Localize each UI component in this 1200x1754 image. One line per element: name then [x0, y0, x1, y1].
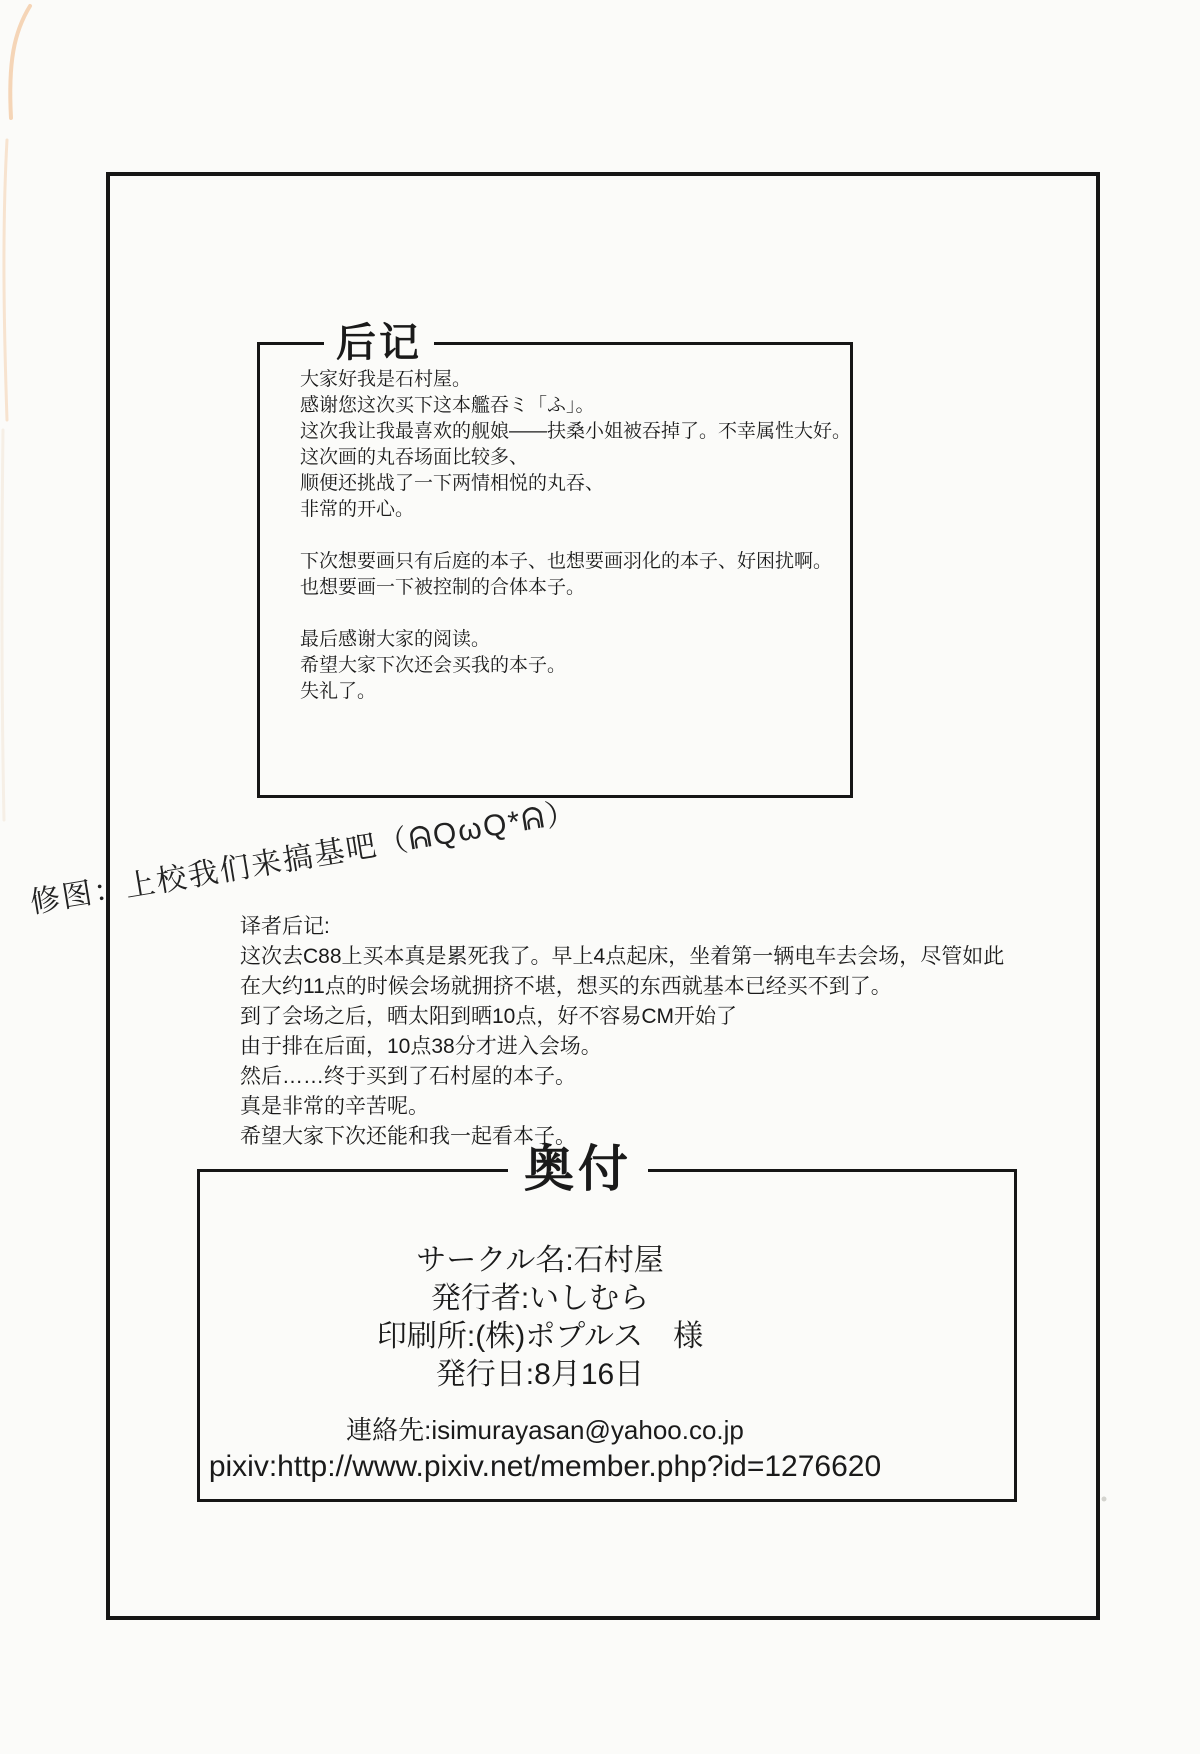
scan-edge-stroke — [2, 430, 4, 820]
colophon-box: 奥付 サークル名:石村屋発行者:いしむら印刷所:(株)ポプルス 様発行日:8月1… — [197, 1169, 1017, 1502]
afterword-line: 大家好我是石村屋。 — [300, 367, 844, 393]
translator-note-line: 在大约11点的时候会场就拥挤不堪，想买的东西就基本已经买不到了。 — [240, 972, 1100, 1002]
afterword-text: 大家好我是石村屋。感谢您这次买下这本艦吞ミ「ふ」。这次我让我最喜欢的舰娘——扶桑… — [300, 367, 844, 705]
colophon-line: サークル名:石村屋 — [210, 1242, 870, 1280]
afterword-line: 希望大家下次还会买我的本子。 — [300, 653, 844, 679]
scan-edge-stroke — [4, 140, 7, 420]
page-outer-border: 后记 大家好我是石村屋。感谢您这次买下这本艦吞ミ「ふ」。这次我让我最喜欢的舰娘—… — [106, 172, 1100, 1620]
afterword-line — [300, 523, 844, 549]
afterword-box: 后记 大家好我是石村屋。感谢您这次买下这本艦吞ミ「ふ」。这次我让我最喜欢的舰娘—… — [257, 342, 853, 798]
colophon-contact-block: 連絡先:isimurayasan@yahoo.co.jp pixiv:http:… — [200, 1412, 890, 1486]
colophon-line: 発行者:いしむら — [210, 1280, 870, 1318]
pixiv-url-line: pixiv:http://www.pixiv.net/member.php?id… — [200, 1448, 890, 1486]
afterword-title: 后记 — [324, 317, 434, 369]
colophon-line: 発行日:8月16日 — [210, 1356, 870, 1394]
translator-note-line: 真是非常的辛苦呢。 — [240, 1092, 1100, 1122]
afterword-line: 这次画的丸吞场面比较多、 — [300, 445, 844, 471]
translator-note-line: 这次去C88上买本真是累死我了。早上4点起床，坐着第一辆电车去会场，尽管如此 — [240, 942, 1100, 972]
afterword-line: 失礼了。 — [300, 679, 844, 705]
translator-note-line: 希望大家下次还能和我一起看本子。 — [240, 1122, 1100, 1152]
afterword-line: 也想要画一下被控制的合体本子。 — [300, 575, 844, 601]
afterword-line: 顺便还挑战了一下两情相悦的丸吞、 — [300, 471, 844, 497]
afterword-line: 下次想要画只有后庭的本子、也想要画羽化的本子、好困扰啊。 — [300, 549, 844, 575]
afterword-line: 这次我让我最喜欢的舰娘——扶桑小姐被吞掉了。不幸属性大好。 — [300, 419, 844, 445]
colophon-line: 印刷所:(株)ポプルス 様 — [210, 1318, 870, 1356]
translator-note-line: 到了会场之后，晒太阳到晒10点，好不容易CM开始了 — [240, 1002, 1100, 1032]
afterword-line: 最后感谢大家的阅读。 — [300, 627, 844, 653]
contact-email-line: 連絡先:isimurayasan@yahoo.co.jp — [200, 1412, 890, 1448]
translator-note-line: 由于排在后面，10点38分才进入会场。 — [240, 1032, 1100, 1062]
afterword-line — [300, 601, 844, 627]
scanned-doujin-page: 后记 大家好我是石村屋。感谢您这次买下这本艦吞ミ「ふ」。这次我让我最喜欢的舰娘—… — [0, 0, 1200, 1754]
afterword-line: 非常的开心。 — [300, 497, 844, 523]
translator-note: 译者后记:这次去C88上买本真是累死我了。早上4点起床，坐着第一辆电车去会场，尽… — [240, 912, 1100, 1152]
scan-speck — [1102, 1497, 1107, 1502]
colophon-info-lines: サークル名:石村屋発行者:いしむら印刷所:(株)ポプルス 様発行日:8月16日 — [210, 1242, 870, 1394]
afterword-line: 感谢您这次买下这本艦吞ミ「ふ」。 — [300, 393, 844, 419]
translator-note-line: 译者后记: — [240, 912, 1100, 942]
scan-edge-stroke — [10, 6, 30, 118]
translator-note-line: 然后……终于买到了石村屋的本子。 — [240, 1062, 1100, 1092]
